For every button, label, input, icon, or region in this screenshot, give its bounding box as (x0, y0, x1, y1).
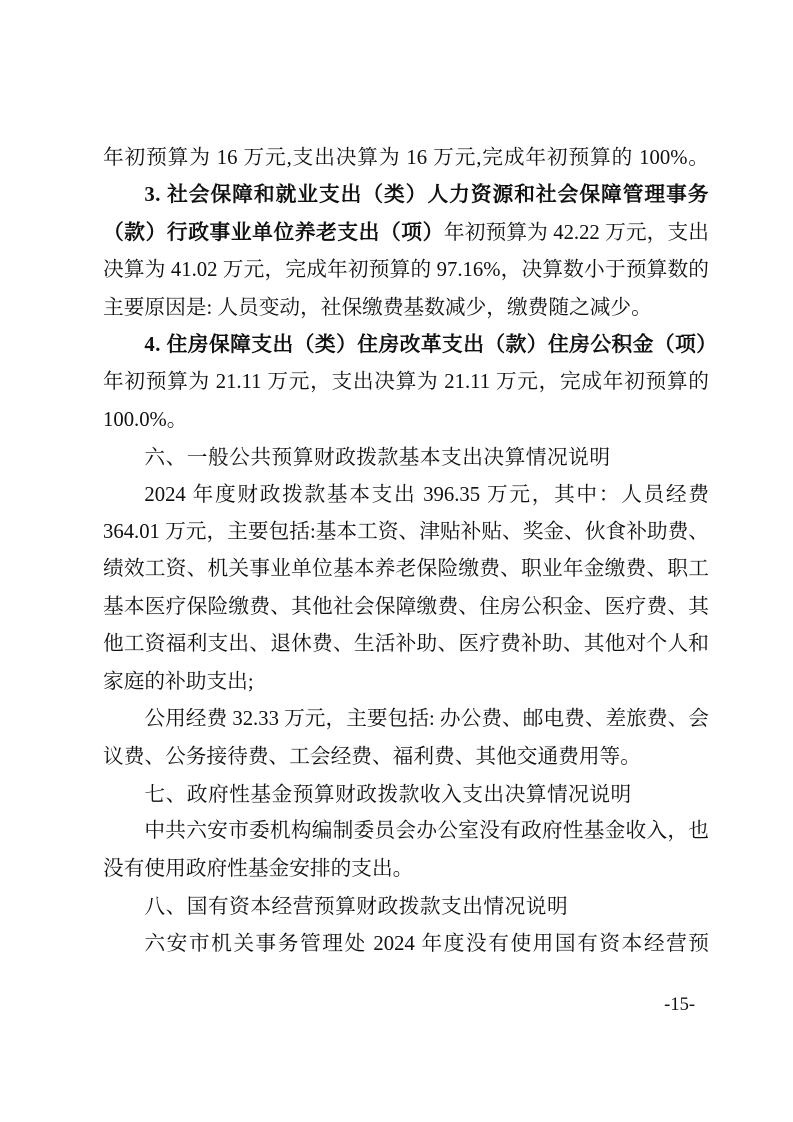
paragraph-item-4: 4. 住房保障支出（类）住房改革支出（款）住房公积金（项）年初预算为 21.11… (103, 327, 709, 439)
paragraph-state-capital: 六安市机关事务管理处 2024 年度没有使用国有资本经营预 (103, 926, 709, 963)
paragraph-basic-expense: 2024 年度财政拨款基本支出 396.35 万元，其中：人员经费 364.01… (103, 477, 709, 701)
paragraph-continuation: 年初预算为 16 万元,支出决算为 16 万元,完成年初预算的 100%。 (103, 140, 709, 177)
paragraph-item-3: 3. 社会保障和就业支出（类）人力资源和社会保障管理事务（款）行政事业单位养老支… (103, 177, 709, 327)
section-heading-six: 六、一般公共预算财政拨款基本支出决算情况说明 (103, 439, 709, 476)
section-heading-seven: 七、政府性基金预算财政拨款收入支出决算情况说明 (103, 776, 709, 813)
paragraph-gov-fund: 中共六安市委机构编制委员会办公室没有政府性基金收入，也没有使用政府性基金安排的支… (103, 813, 709, 888)
item-4-text: 年初预算为 21.11 万元，支出决算为 21.11 万元，完成年初预算的 10… (103, 371, 709, 430)
item-4-bold-heading: 4. 住房保障支出（类）住房改革支出（款）住房公积金（项） (144, 334, 717, 356)
page-number: -15- (664, 994, 695, 1016)
paragraph-public-funds: 公用经费 32.33 万元，主要包括: 办公费、邮电费、差旅费、会议费、公务接待… (103, 701, 709, 776)
section-heading-eight: 八、国有资本经营预算财政拨款支出情况说明 (103, 888, 709, 925)
document-page: 年初预算为 16 万元,支出决算为 16 万元,完成年初预算的 100%。 3.… (0, 0, 793, 1122)
document-body: 年初预算为 16 万元,支出决算为 16 万元,完成年初预算的 100%。 3.… (103, 140, 709, 963)
